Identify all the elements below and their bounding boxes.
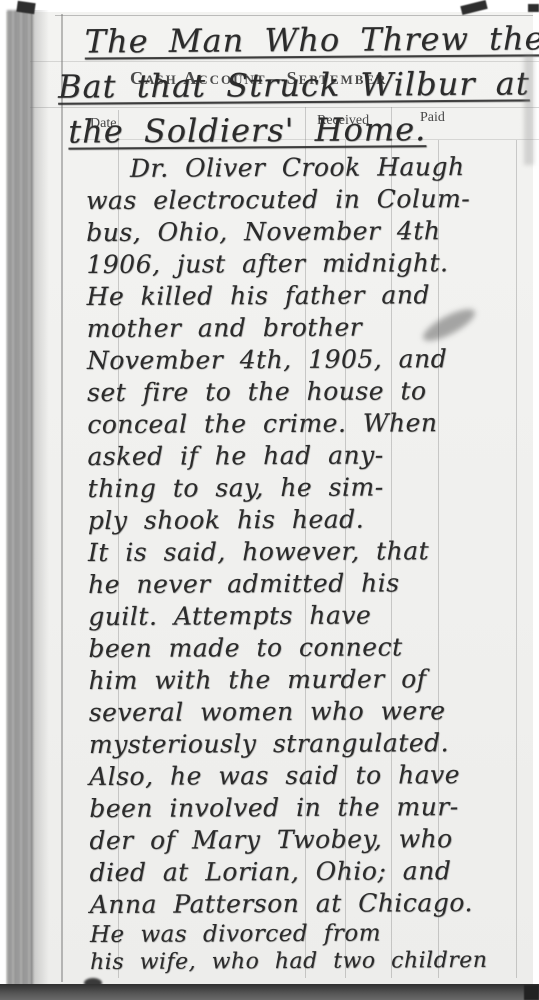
handwritten-body-line: 1906, just after midnight. — [86, 247, 484, 281]
handwritten-body-line: been made to connect — [88, 631, 486, 665]
handwritten-body-line: mysteriously strangulated. — [89, 727, 487, 761]
handwritten-body-line: was electrocuted in Colum- — [86, 183, 484, 217]
handwritten-title-line: Bat that Struck Wilbur at — [58, 61, 539, 109]
handwritten-body-line: asked if he had any- — [87, 439, 485, 473]
handwritten-body-line: bus, Ohio, November 4th — [86, 215, 484, 249]
handwritten-body-line: him with the murder of — [89, 663, 487, 697]
handwritten-body-line: thing to say, he sim- — [88, 471, 486, 505]
handwritten-body-line: been involved in the mur- — [89, 791, 487, 825]
scan-mark-top-right-corner — [528, 4, 539, 12]
handwritten-body-line: ply shook his head. — [88, 503, 486, 537]
handwritten-body-line: he never admitted his — [88, 567, 486, 601]
handwritten-body-line: November 4th, 1905, and — [87, 343, 485, 377]
handwritten-title: The Man Who Threw theBat that Struck Wil… — [58, 16, 539, 154]
ruled-line-top — [55, 15, 533, 16]
handwritten-body-line: several women who were — [89, 695, 487, 729]
scan-streak — [524, 55, 534, 165]
handwritten-body-line: der of Mary Twobey, who — [89, 823, 487, 857]
scanned-page: Cash Account—September Date Received Pai… — [0, 0, 539, 1000]
handwritten-body-line: He killed his father and — [87, 279, 485, 313]
scan-mark-bottom-right — [524, 985, 539, 1000]
scan-mark-top-left — [16, 1, 35, 14]
handwritten-body-line: Dr. Oliver Crook Haugh — [130, 151, 484, 185]
handwritten-title-line: The Man Who Threw the — [85, 16, 539, 64]
handwritten-body-line: set fire to the house to — [87, 375, 485, 409]
handwritten-body-line: He was divorced from — [90, 919, 488, 950]
handwritten-body-line: died at Lorian, Ohio; and — [90, 855, 488, 889]
handwritten-title-line: the Soldiers' Home. — [68, 106, 539, 154]
page-edge-line — [61, 14, 63, 982]
handwritten-body-line: guilt. Attempts have — [88, 599, 486, 633]
handwritten-body-line: conceal the crime. When — [87, 407, 485, 441]
handwritten-body-line: his wife, who had two children — [90, 948, 488, 976]
handwritten-body-line: Also, he was said to have — [89, 759, 487, 793]
column-rule-paid — [516, 140, 517, 978]
handwritten-body-line: It is said, however, that — [88, 535, 486, 569]
handwritten-body-line: Anna Patterson at Chicago. — [90, 887, 488, 921]
spine-fade-shadow — [31, 10, 49, 988]
handwritten-body: Dr. Oliver Crook Haughwas electrocuted i… — [86, 151, 488, 976]
bottom-edge-shadow — [0, 984, 539, 1000]
book-spine-shadow — [7, 10, 33, 988]
